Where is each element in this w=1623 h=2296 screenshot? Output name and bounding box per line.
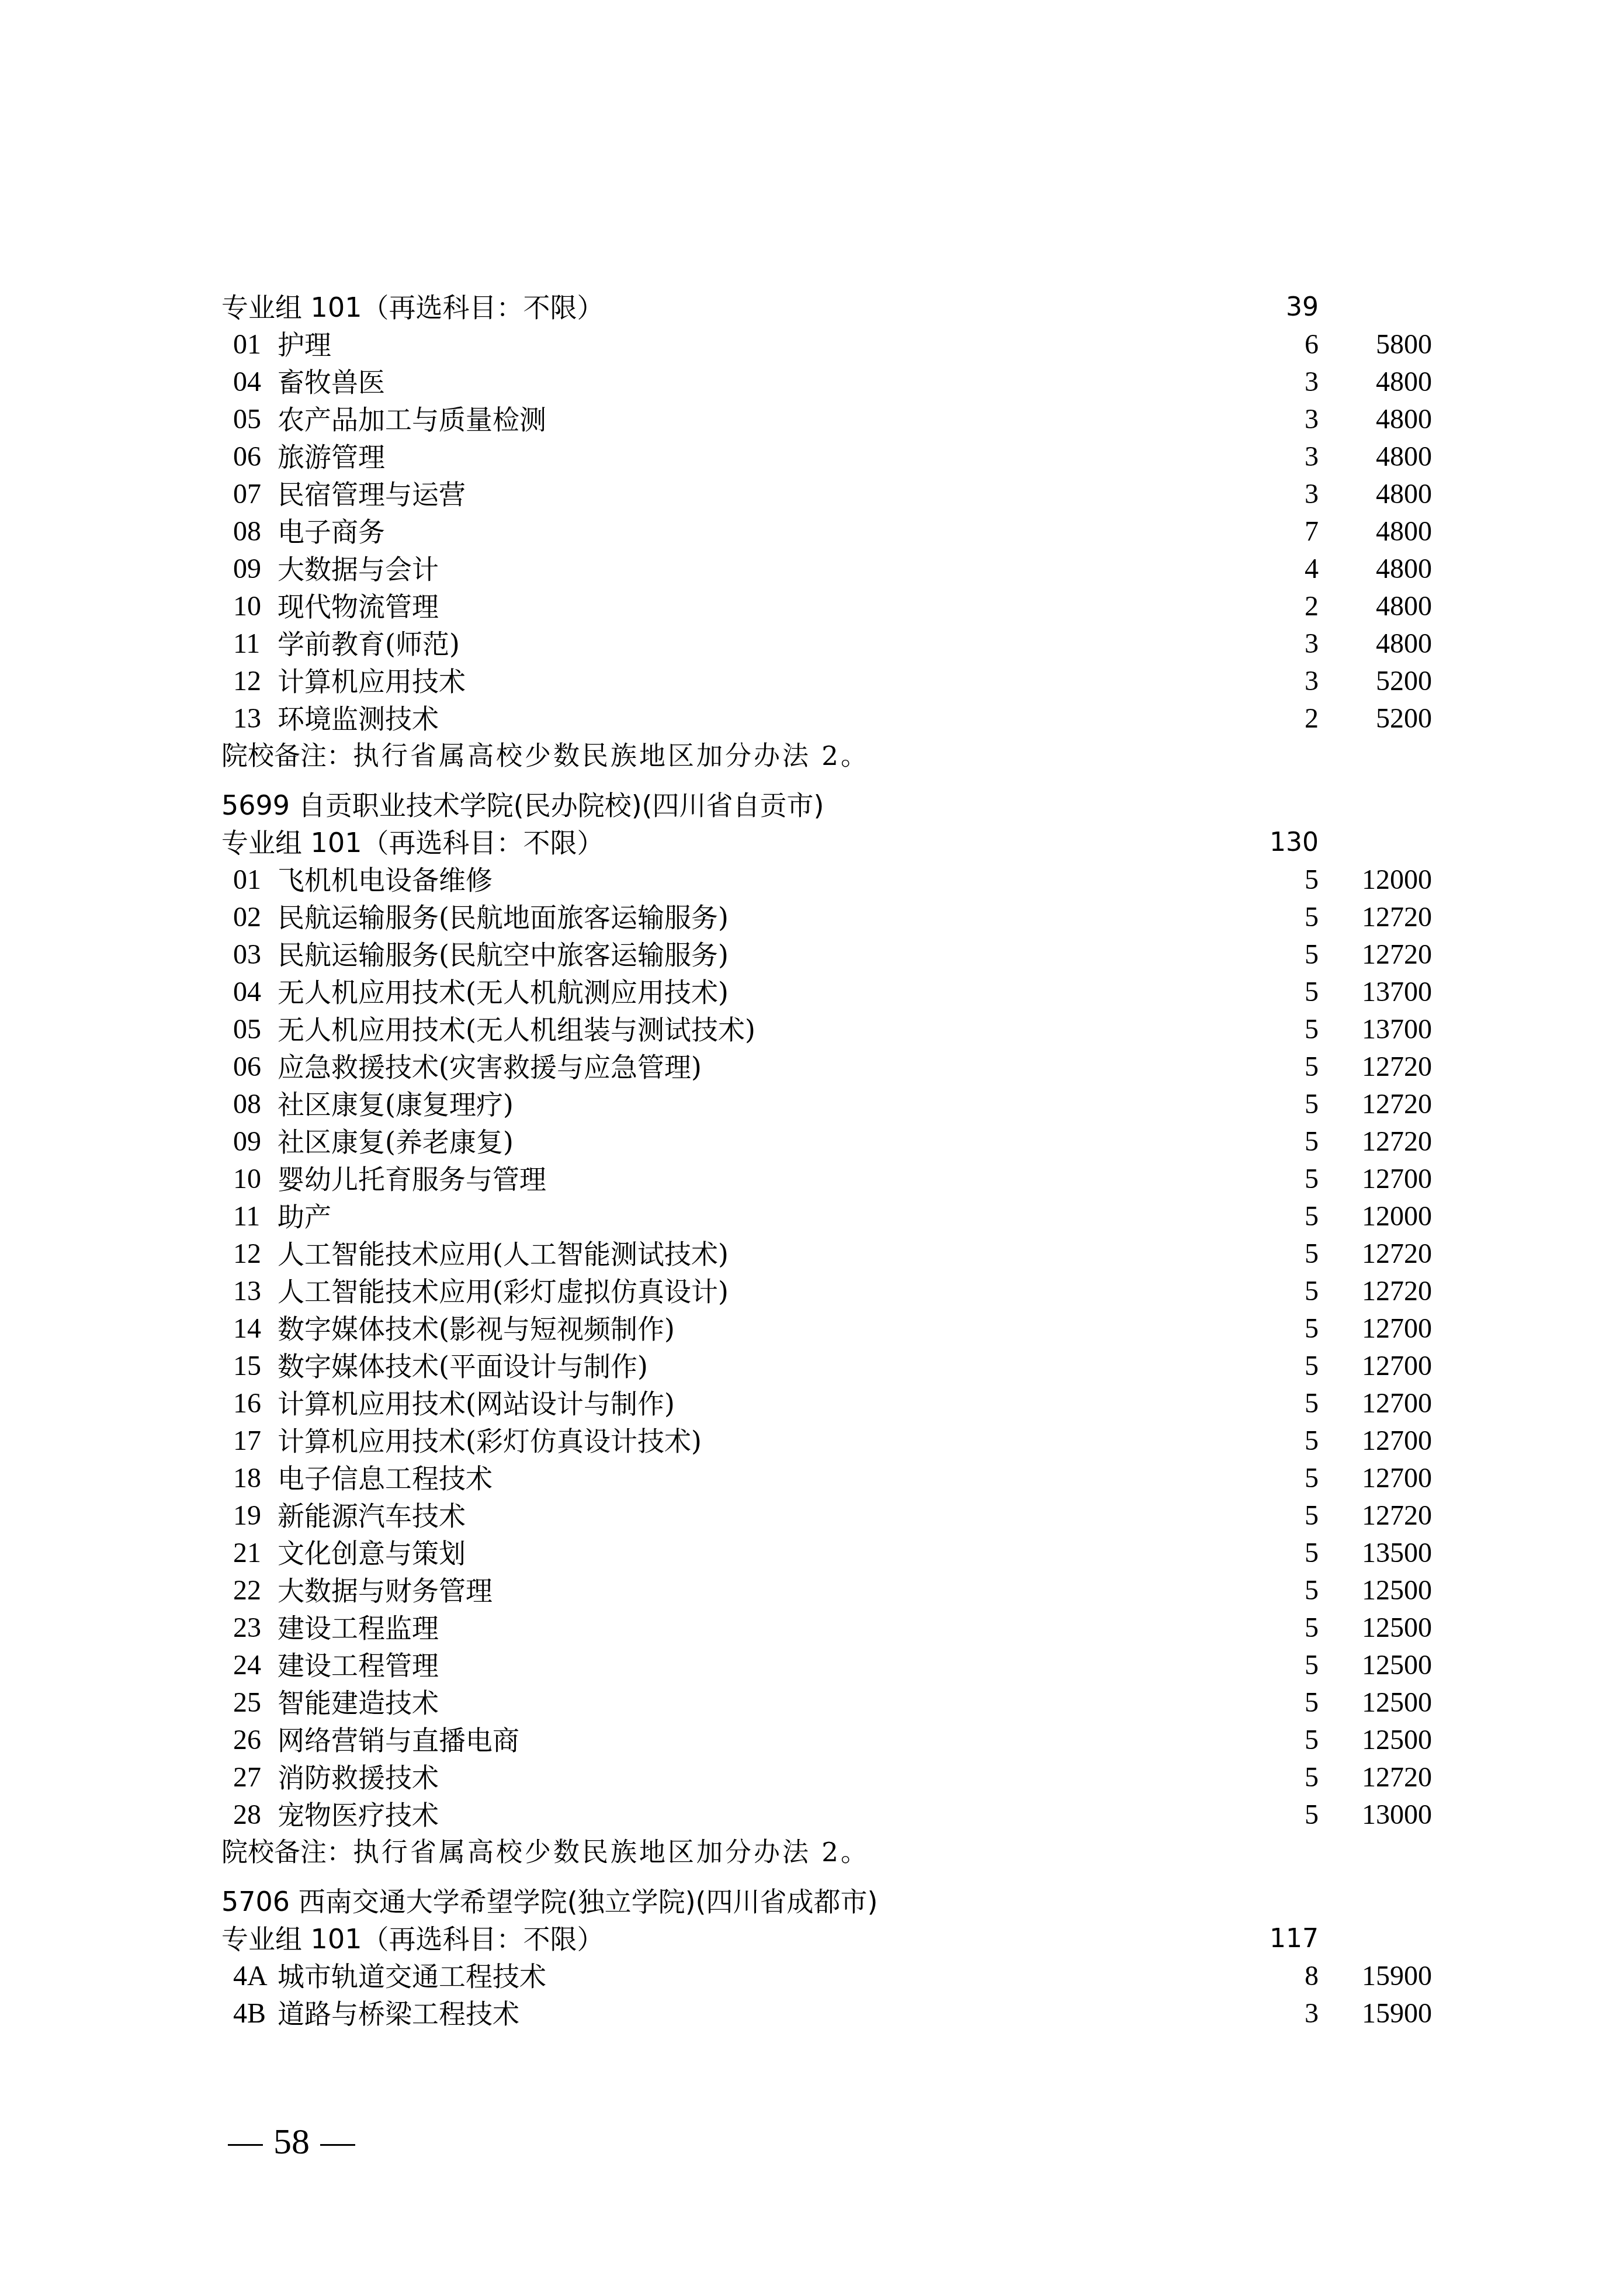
major-code: 4B	[233, 1995, 266, 2032]
major-row: 11助产512000	[221, 1198, 1448, 1235]
major-tuition-fee: 12500	[1362, 1572, 1432, 1609]
major-name: 计算机应用技术(网站设计与制作)	[278, 1385, 675, 1422]
major-enrollment-count: 5	[1305, 1086, 1319, 1123]
page-number-footer: 58	[217, 2118, 366, 2165]
major-tuition-fee: 12500	[1362, 1609, 1432, 1647]
major-code: 08	[233, 513, 261, 550]
major-enrollment-count: 2	[1305, 588, 1319, 625]
major-code: 11	[233, 625, 260, 663]
major-row: 17计算机应用技术(彩灯仿真设计技术)512700	[221, 1422, 1448, 1460]
school-section: 专业组 101（再选科目：不限）3901护理6580004畜牧兽医3480005…	[221, 289, 1448, 775]
major-enrollment-count: 3	[1305, 663, 1319, 700]
major-code: 21	[233, 1535, 261, 1572]
major-name: 助产	[278, 1198, 331, 1235]
major-row: 21文化创意与策划513500	[221, 1535, 1448, 1572]
major-row: 27消防救援技术512720	[221, 1759, 1448, 1796]
major-code: 16	[233, 1385, 261, 1422]
school-note-text: 执行省属高校少数民族地区加分办法 2。	[353, 1837, 869, 1868]
major-code: 09	[233, 1123, 261, 1161]
major-enrollment-count: 5	[1305, 1684, 1319, 1722]
major-tuition-fee: 13700	[1362, 974, 1432, 1011]
major-name: 社区康复(养老康复)	[278, 1123, 514, 1161]
major-code: 05	[233, 401, 261, 438]
major-group-total: 39	[1286, 289, 1319, 326]
major-tuition-fee: 12000	[1362, 1198, 1432, 1235]
major-name: 民航运输服务(民航空中旅客运输服务)	[278, 936, 729, 974]
major-enrollment-count: 3	[1305, 625, 1319, 663]
major-name: 数字媒体技术(平面设计与制作)	[278, 1348, 648, 1385]
major-row: 05无人机应用技术(无人机组装与测试技术)513700	[221, 1011, 1448, 1048]
major-name: 消防救援技术	[278, 1759, 439, 1796]
major-tuition-fee: 4800	[1376, 625, 1432, 663]
major-enrollment-count: 5	[1305, 1497, 1319, 1535]
major-tuition-fee: 4800	[1376, 588, 1432, 625]
major-code: 23	[233, 1609, 261, 1647]
major-code: 10	[233, 1161, 261, 1198]
major-name: 婴幼儿托育服务与管理	[278, 1161, 546, 1198]
major-row: 28宠物医疗技术513000	[221, 1796, 1448, 1834]
major-name: 道路与桥梁工程技术	[278, 1995, 519, 2032]
major-code: 05	[233, 1011, 261, 1048]
major-row: 22大数据与财务管理512500	[221, 1572, 1448, 1609]
major-row: 14数字媒体技术(影视与短视频制作)512700	[221, 1310, 1448, 1348]
major-code: 28	[233, 1796, 261, 1834]
major-name: 民宿管理与运营	[278, 476, 466, 513]
major-name: 智能建造技术	[278, 1684, 439, 1722]
major-code: 27	[233, 1759, 261, 1796]
school-note: 院校备注：执行省属高校少数民族地区加分办法 2。	[221, 1834, 1448, 1871]
major-row: 05农产品加工与质量检测34800	[221, 401, 1448, 438]
major-group-label: 专业组 101（再选科目：不限）	[221, 1923, 604, 1955]
major-tuition-fee: 13700	[1362, 1011, 1432, 1048]
major-enrollment-count: 3	[1305, 476, 1319, 513]
major-tuition-fee: 4800	[1376, 438, 1432, 476]
major-enrollment-count: 5	[1305, 1460, 1319, 1497]
major-name: 建设工程监理	[278, 1609, 439, 1647]
major-name: 文化创意与策划	[278, 1535, 466, 1572]
major-tuition-fee: 12720	[1362, 1759, 1432, 1796]
major-tuition-fee: 5200	[1376, 700, 1432, 737]
major-code: 06	[233, 438, 261, 476]
major-name: 畜牧兽医	[278, 363, 385, 401]
major-code: 25	[233, 1684, 261, 1722]
major-code: 12	[233, 1235, 261, 1273]
major-enrollment-count: 5	[1305, 1422, 1319, 1460]
major-code: 04	[233, 974, 261, 1011]
major-enrollment-count: 5	[1305, 1235, 1319, 1273]
major-row: 09大数据与会计44800	[221, 550, 1448, 588]
major-group-header: 专业组 101（再选科目：不限）39	[221, 289, 1448, 326]
school-heading: 5699 自贡职业技术学院(民办院校)(四川省自贡市)	[221, 787, 1448, 824]
major-tuition-fee: 12720	[1362, 1497, 1432, 1535]
school-section: 5699 自贡职业技术学院(民办院校)(四川省自贡市)专业组 101（再选科目：…	[221, 787, 1448, 1871]
major-code: 17	[233, 1422, 261, 1460]
major-tuition-fee: 5200	[1376, 663, 1432, 700]
major-tuition-fee: 12720	[1362, 1123, 1432, 1161]
major-name: 大数据与会计	[278, 550, 439, 588]
major-code: 03	[233, 936, 261, 974]
major-tuition-fee: 15900	[1362, 1958, 1432, 1995]
major-group-total: 117	[1270, 1920, 1319, 1958]
major-name: 人工智能技术应用(彩灯虚拟仿真设计)	[278, 1273, 729, 1310]
major-name: 计算机应用技术(彩灯仿真设计技术)	[278, 1422, 702, 1460]
major-code: 02	[233, 899, 261, 936]
school-note-label: 院校备注：	[221, 740, 353, 771]
major-code: 24	[233, 1647, 261, 1684]
major-name: 社区康复(康复理疗)	[278, 1086, 514, 1123]
major-name: 城市轨道交通工程技术	[278, 1958, 546, 1995]
major-tuition-fee: 12720	[1362, 1048, 1432, 1086]
major-code: 15	[233, 1348, 261, 1385]
major-enrollment-count: 5	[1305, 1348, 1319, 1385]
major-code: 08	[233, 1086, 261, 1123]
school-note-label: 院校备注：	[221, 1837, 353, 1868]
dash-right	[320, 2144, 355, 2146]
major-tuition-fee: 4800	[1376, 401, 1432, 438]
major-row: 25智能建造技术512500	[221, 1684, 1448, 1722]
major-tuition-fee: 12720	[1362, 936, 1432, 974]
major-enrollment-count: 4	[1305, 550, 1319, 588]
major-code: 22	[233, 1572, 261, 1609]
school-note: 院校备注：执行省属高校少数民族地区加分办法 2。	[221, 737, 1448, 775]
major-enrollment-count: 5	[1305, 1535, 1319, 1572]
major-name: 电子商务	[278, 513, 385, 550]
major-enrollment-count: 5	[1305, 1161, 1319, 1198]
major-tuition-fee: 12700	[1362, 1310, 1432, 1348]
major-row: 18电子信息工程技术512700	[221, 1460, 1448, 1497]
major-code: 26	[233, 1722, 261, 1759]
major-enrollment-count: 2	[1305, 700, 1319, 737]
enrollment-plan-list: 专业组 101（再选科目：不限）3901护理6580004畜牧兽医3480005…	[221, 289, 1448, 2032]
major-row: 12人工智能技术应用(人工智能测试技术)512720	[221, 1235, 1448, 1273]
major-row: 11学前教育(师范)34800	[221, 625, 1448, 663]
major-row: 4B道路与桥梁工程技术315900	[221, 1995, 1448, 2032]
major-enrollment-count: 5	[1305, 974, 1319, 1011]
major-enrollment-count: 5	[1305, 1123, 1319, 1161]
major-code: 01	[233, 326, 261, 363]
major-name: 飞机机电设备维修	[278, 861, 493, 899]
major-enrollment-count: 5	[1305, 1796, 1319, 1834]
major-row: 10婴幼儿托育服务与管理512700	[221, 1161, 1448, 1198]
major-name: 人工智能技术应用(人工智能测试技术)	[278, 1235, 729, 1273]
major-name: 无人机应用技术(无人机组装与测试技术)	[278, 1011, 755, 1048]
major-name: 新能源汽车技术	[278, 1497, 466, 1535]
major-row: 4A城市轨道交通工程技术815900	[221, 1958, 1448, 1995]
major-enrollment-count: 5	[1305, 1647, 1319, 1684]
major-tuition-fee: 12720	[1362, 899, 1432, 936]
major-enrollment-count: 5	[1305, 936, 1319, 974]
major-row: 12计算机应用技术35200	[221, 663, 1448, 700]
major-row: 23建设工程监理512500	[221, 1609, 1448, 1647]
major-tuition-fee: 12500	[1362, 1647, 1432, 1684]
major-row: 10现代物流管理24800	[221, 588, 1448, 625]
major-enrollment-count: 8	[1305, 1958, 1319, 1995]
major-row: 03民航运输服务(民航空中旅客运输服务)512720	[221, 936, 1448, 974]
major-name: 应急救援技术(灾害救援与应急管理)	[278, 1048, 702, 1086]
major-row: 24建设工程管理512500	[221, 1647, 1448, 1684]
major-row: 16计算机应用技术(网站设计与制作)512700	[221, 1385, 1448, 1422]
major-enrollment-count: 3	[1305, 401, 1319, 438]
major-group-label: 专业组 101（再选科目：不限）	[221, 292, 604, 323]
major-code: 19	[233, 1497, 261, 1535]
major-name: 旅游管理	[278, 438, 385, 476]
major-tuition-fee: 4800	[1376, 550, 1432, 588]
major-row: 04畜牧兽医34800	[221, 363, 1448, 401]
major-tuition-fee: 12700	[1362, 1460, 1432, 1497]
major-code: 14	[233, 1310, 261, 1348]
major-tuition-fee: 5800	[1376, 326, 1432, 363]
major-code: 04	[233, 363, 261, 401]
major-name: 民航运输服务(民航地面旅客运输服务)	[278, 899, 729, 936]
major-tuition-fee: 13000	[1362, 1796, 1432, 1834]
major-enrollment-count: 3	[1305, 438, 1319, 476]
major-row: 13环境监测技术25200	[221, 700, 1448, 737]
major-name: 网络营销与直播电商	[278, 1722, 519, 1759]
major-row: 06旅游管理34800	[221, 438, 1448, 476]
major-row: 13人工智能技术应用(彩灯虚拟仿真设计)512720	[221, 1273, 1448, 1310]
major-enrollment-count: 5	[1305, 1048, 1319, 1086]
major-row: 01飞机机电设备维修512000	[221, 861, 1448, 899]
major-name: 现代物流管理	[278, 588, 439, 625]
major-code: 13	[233, 700, 261, 737]
major-tuition-fee: 4800	[1376, 513, 1432, 550]
major-tuition-fee: 12700	[1362, 1161, 1432, 1198]
major-enrollment-count: 7	[1305, 513, 1319, 550]
school-heading: 5706 西南交通大学希望学院(独立学院)(四川省成都市)	[221, 1883, 1448, 1920]
major-code: 13	[233, 1273, 261, 1310]
major-tuition-fee: 15900	[1362, 1995, 1432, 2032]
major-enrollment-count: 6	[1305, 326, 1319, 363]
major-row: 19新能源汽车技术512720	[221, 1497, 1448, 1535]
major-row: 06应急救援技术(灾害救援与应急管理)512720	[221, 1048, 1448, 1086]
major-name: 宠物医疗技术	[278, 1796, 439, 1834]
major-group-label: 专业组 101（再选科目：不限）	[221, 827, 604, 858]
major-code: 11	[233, 1198, 260, 1235]
major-enrollment-count: 5	[1305, 1385, 1319, 1422]
major-enrollment-count: 5	[1305, 899, 1319, 936]
major-name: 数字媒体技术(影视与短视频制作)	[278, 1310, 675, 1348]
major-enrollment-count: 5	[1305, 1273, 1319, 1310]
major-enrollment-count: 5	[1305, 1609, 1319, 1647]
major-row: 04无人机应用技术(无人机航测应用技术)513700	[221, 974, 1448, 1011]
major-name: 环境监测技术	[278, 700, 439, 737]
major-name: 学前教育(师范)	[278, 625, 460, 663]
school-section: 5706 西南交通大学希望学院(独立学院)(四川省成都市)专业组 101（再选科…	[221, 1883, 1448, 2032]
major-code: 18	[233, 1460, 261, 1497]
major-tuition-fee: 4800	[1376, 476, 1432, 513]
major-name: 建设工程管理	[278, 1647, 439, 1684]
major-name: 大数据与财务管理	[278, 1572, 493, 1609]
major-tuition-fee: 12700	[1362, 1422, 1432, 1460]
major-code: 12	[233, 663, 261, 700]
major-enrollment-count: 3	[1305, 1995, 1319, 2032]
major-row: 15数字媒体技术(平面设计与制作)512700	[221, 1348, 1448, 1385]
major-row: 02民航运输服务(民航地面旅客运输服务)512720	[221, 899, 1448, 936]
major-tuition-fee: 12700	[1362, 1348, 1432, 1385]
major-tuition-fee: 12720	[1362, 1086, 1432, 1123]
major-row: 08社区康复(康复理疗)512720	[221, 1086, 1448, 1123]
major-tuition-fee: 13500	[1362, 1535, 1432, 1572]
major-enrollment-count: 5	[1305, 1572, 1319, 1609]
major-tuition-fee: 12720	[1362, 1273, 1432, 1310]
dash-left	[228, 2144, 263, 2146]
major-tuition-fee: 12700	[1362, 1385, 1432, 1422]
major-enrollment-count: 5	[1305, 1722, 1319, 1759]
major-tuition-fee: 4800	[1376, 363, 1432, 401]
page-number: 58	[273, 2122, 310, 2162]
major-enrollment-count: 5	[1305, 1310, 1319, 1348]
major-name: 无人机应用技术(无人机航测应用技术)	[278, 974, 729, 1011]
major-name: 计算机应用技术	[278, 663, 466, 700]
document-page: 专业组 101（再选科目：不限）3901护理6580004畜牧兽医3480005…	[0, 0, 1623, 2296]
major-tuition-fee: 12720	[1362, 1235, 1432, 1273]
major-code: 4A	[233, 1958, 268, 1995]
major-group-total: 130	[1270, 824, 1319, 861]
major-row: 09社区康复(养老康复)512720	[221, 1123, 1448, 1161]
major-group-header: 专业组 101（再选科目：不限）130	[221, 824, 1448, 861]
major-name: 电子信息工程技术	[278, 1460, 493, 1497]
major-row: 26网络营销与直播电商512500	[221, 1722, 1448, 1759]
major-code: 01	[233, 861, 261, 899]
major-enrollment-count: 5	[1305, 1759, 1319, 1796]
major-enrollment-count: 5	[1305, 861, 1319, 899]
major-name: 农产品加工与质量检测	[278, 401, 546, 438]
major-group-header: 专业组 101（再选科目：不限）117	[221, 1920, 1448, 1958]
major-tuition-fee: 12500	[1362, 1684, 1432, 1722]
major-row: 08电子商务74800	[221, 513, 1448, 550]
major-code: 07	[233, 476, 261, 513]
major-row: 07民宿管理与运营34800	[221, 476, 1448, 513]
major-enrollment-count: 5	[1305, 1198, 1319, 1235]
major-name: 护理	[278, 326, 331, 363]
major-code: 06	[233, 1048, 261, 1086]
major-tuition-fee: 12500	[1362, 1722, 1432, 1759]
major-row: 01护理65800	[221, 326, 1448, 363]
major-enrollment-count: 5	[1305, 1011, 1319, 1048]
school-note-text: 执行省属高校少数民族地区加分办法 2。	[353, 740, 869, 771]
major-code: 10	[233, 588, 261, 625]
major-enrollment-count: 3	[1305, 363, 1319, 401]
major-tuition-fee: 12000	[1362, 861, 1432, 899]
major-code: 09	[233, 550, 261, 588]
